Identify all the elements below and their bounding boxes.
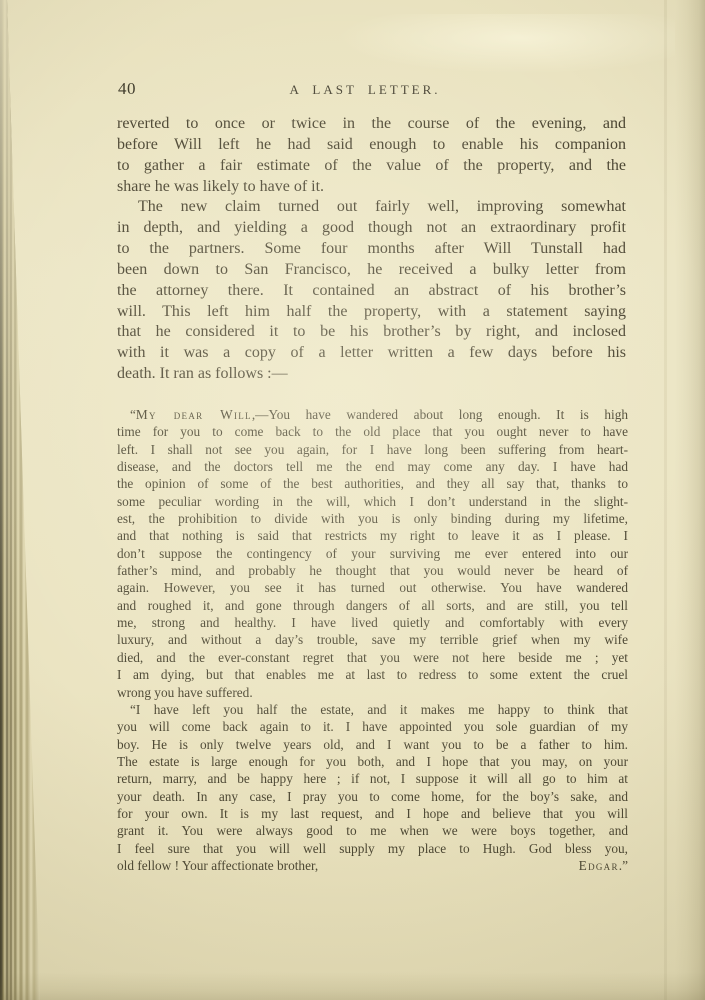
text-line: the attorney there. It contained an abst… bbox=[117, 281, 626, 302]
running-header: 40 A LAST LETTER. bbox=[118, 79, 626, 101]
text-line: and roughed it, and gone through dangers… bbox=[117, 597, 628, 614]
text-line: time for you to come back to the old pla… bbox=[117, 423, 628, 440]
text-line: to gather a fair estimate of the value o… bbox=[117, 156, 626, 177]
letter-signature: Edgar.” bbox=[579, 857, 628, 874]
page-right-shadow bbox=[675, 0, 705, 1000]
text-line: you will come back again to it. I have a… bbox=[117, 718, 628, 735]
text-line: est, the prohibition to divide with you … bbox=[117, 510, 628, 527]
text-line: share he was likely to have of it. bbox=[117, 177, 626, 198]
text-line: father’s mind, and probably he thought t… bbox=[117, 562, 628, 579]
running-title: A LAST LETTER. bbox=[118, 82, 612, 98]
text-line: before Will left he had said enough to e… bbox=[117, 135, 626, 156]
text-line: died, and the ever-constant regret that … bbox=[117, 649, 628, 666]
text-line: “My dear Will,—You have wandered about l… bbox=[117, 406, 628, 423]
page-bottom-shadow bbox=[0, 972, 705, 1000]
text-line: and that nothing is said that restricts … bbox=[117, 527, 628, 544]
text-line: your death. In any case, I pray you to c… bbox=[117, 788, 628, 805]
text-line: I am dying, but that enables me at last … bbox=[117, 666, 628, 683]
text-line: luxury, and without a day’s trouble, sav… bbox=[117, 631, 628, 648]
text-line: don’t suppose the contingency of your su… bbox=[117, 545, 628, 562]
text-line: left. I shall not see you again, for I h… bbox=[117, 441, 628, 458]
text-line: I feel sure that you will well supply my… bbox=[117, 840, 628, 857]
paragraph: The new claim turned out fairly well, im… bbox=[117, 197, 626, 385]
text-line: The new claim turned out fairly well, im… bbox=[117, 197, 626, 218]
text-line: reverted to once or twice in the course … bbox=[117, 114, 626, 135]
text-line: wrong you have suffered. bbox=[117, 684, 628, 701]
text-line: for your own. It is my last request, and… bbox=[117, 805, 628, 822]
text-line: that he considered it to be his brother’… bbox=[117, 322, 626, 343]
paragraph: reverted to once or twice in the course … bbox=[117, 114, 626, 197]
text-line: “I have left you half the estate, and it… bbox=[117, 701, 628, 718]
text-line: grant it. You were always good to me whe… bbox=[117, 822, 628, 839]
text-line: again. However, you see it has turned ou… bbox=[117, 579, 628, 596]
text-line: some peculiar wording in the will, which… bbox=[117, 493, 628, 510]
text-line: the opinion of some of the best authorit… bbox=[117, 475, 628, 492]
text-line: to the partners. Some four months after … bbox=[117, 239, 626, 260]
body-text: reverted to once or twice in the course … bbox=[117, 114, 626, 385]
letter-text: “My dear Will,—You have wandered about l… bbox=[117, 406, 628, 874]
text-line: death. It ran as follows :— bbox=[117, 364, 626, 385]
page-right-crease bbox=[664, 0, 667, 1000]
text-line: old fellow ! Your affectionate brother,E… bbox=[117, 857, 628, 874]
text-line: with it was a copy of a letter written a… bbox=[117, 343, 626, 364]
text-line: return, marry, and be happy here ; if no… bbox=[117, 770, 628, 787]
text-line: disease, and the doctors tell me the end… bbox=[117, 458, 628, 475]
book-spine-page-edges bbox=[0, 0, 40, 1000]
text-line: in depth, and yielding a good though not… bbox=[117, 218, 626, 239]
text-line: boy. He is only twelve years old, and I … bbox=[117, 736, 628, 753]
text-line: been down to San Francisco, he received … bbox=[117, 260, 626, 281]
text-line: me, strong and healthy. I have lived qui… bbox=[117, 614, 628, 631]
text-line: will. This left him half the property, w… bbox=[117, 302, 626, 323]
text-line: The estate is large enough for you both,… bbox=[117, 753, 628, 770]
scan-light-streak bbox=[335, 14, 675, 74]
book-page-scan: 40 A LAST LETTER. reverted to once or tw… bbox=[0, 0, 705, 1000]
